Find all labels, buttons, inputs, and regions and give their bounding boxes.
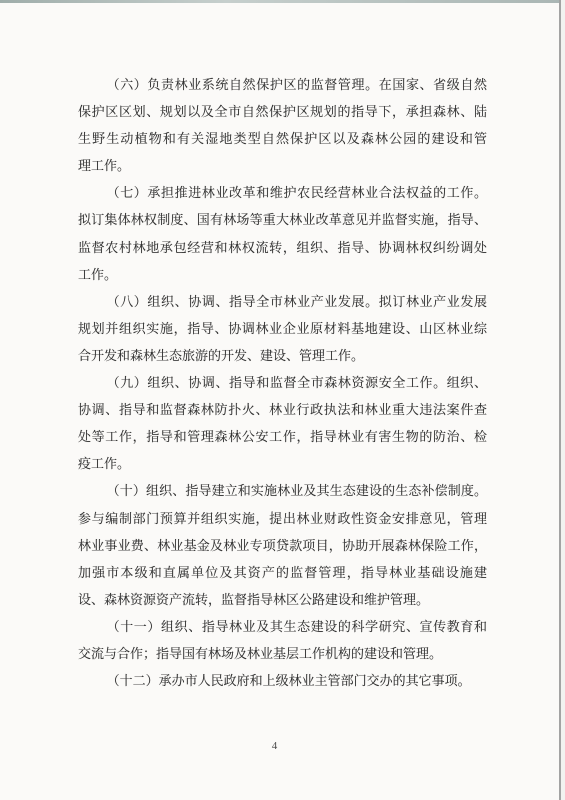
text-line: 设、森林资源资产流转，监督指导林区公路建设和维护管理。: [78, 586, 487, 613]
document-body: （六）负责林业系统自然保护区的监督管理。在国家、省级自然 保护区区划、规划以及全…: [78, 71, 487, 694]
text-line: 拟订集体林权制度、国有林场等重大林业改革意见并监督实施，指导、: [78, 206, 487, 233]
text-line: 规划并组织实施，指导、协调林业企业原材料基地建设、山区林业综: [78, 315, 487, 342]
text-line: 林业事业费、林业基金及林业专项贷款项目，协助开展森林保险工作，: [78, 532, 487, 559]
text-line: 工作。: [78, 261, 487, 288]
text-line: 理工作。: [78, 152, 487, 179]
text-line: （八）组织、协调、指导全市林业产业发展。拟订林业产业发展: [78, 288, 487, 315]
text-line: 生野生动植物和有关湿地类型自然保护区以及森林公园的建设和管: [78, 125, 487, 152]
document-page: （六）负责林业系统自然保护区的监督管理。在国家、省级自然 保护区区划、规划以及全…: [0, 0, 565, 800]
text-line: 处等工作，指导和管理森林公安工作，指导林业有害生物的防治、检: [78, 423, 487, 450]
text-line: 加强市本级和直属单位及其资产的监督管理，指导林业基础设施建: [78, 559, 487, 586]
text-line: （七）承担推进林业改革和维护农民经营林业合法权益的工作。: [78, 179, 487, 206]
text-line: （六）负责林业系统自然保护区的监督管理。在国家、省级自然: [78, 71, 487, 98]
scan-edge-margin: [561, 0, 565, 800]
text-line: 参与编制部门预算并组织实施，提出林业财政性资金安排意见，管理: [78, 505, 487, 532]
scan-edge-right: [559, 0, 561, 800]
page-number: 4: [0, 740, 549, 752]
scan-edge-top: [0, 0, 565, 3]
text-line: 合开发和森林生态旅游的开发、建设、管理工作。: [78, 342, 487, 369]
text-line: 协调、指导和监督森林防扑火、林业行政执法和林业重大违法案件查: [78, 396, 487, 423]
text-line: 疫工作。: [78, 450, 487, 477]
text-line: （十一）组织、指导林业及其生态建设的科学研究、宣传教育和: [78, 613, 487, 640]
text-line: （十二）承办市人民政府和上级林业主管部门交办的其它事项。: [78, 667, 487, 694]
text-line: （十）组织、指导建立和实施林业及其生态建设的生态补偿制度。: [78, 477, 487, 504]
text-line: 保护区区划、规划以及全市自然保护区规划的指导下，承担森林、陆: [78, 98, 487, 125]
text-line: （九）组织、协调、指导和监督全市森林资源安全工作。组织、: [78, 369, 487, 396]
text-line: 交流与合作；指导国有林场及林业基层工作机构的建设和管理。: [78, 640, 487, 667]
text-line: 监督农村林地承包经营和林权流转，组织、指导、协调林权纠纷调处: [78, 234, 487, 261]
